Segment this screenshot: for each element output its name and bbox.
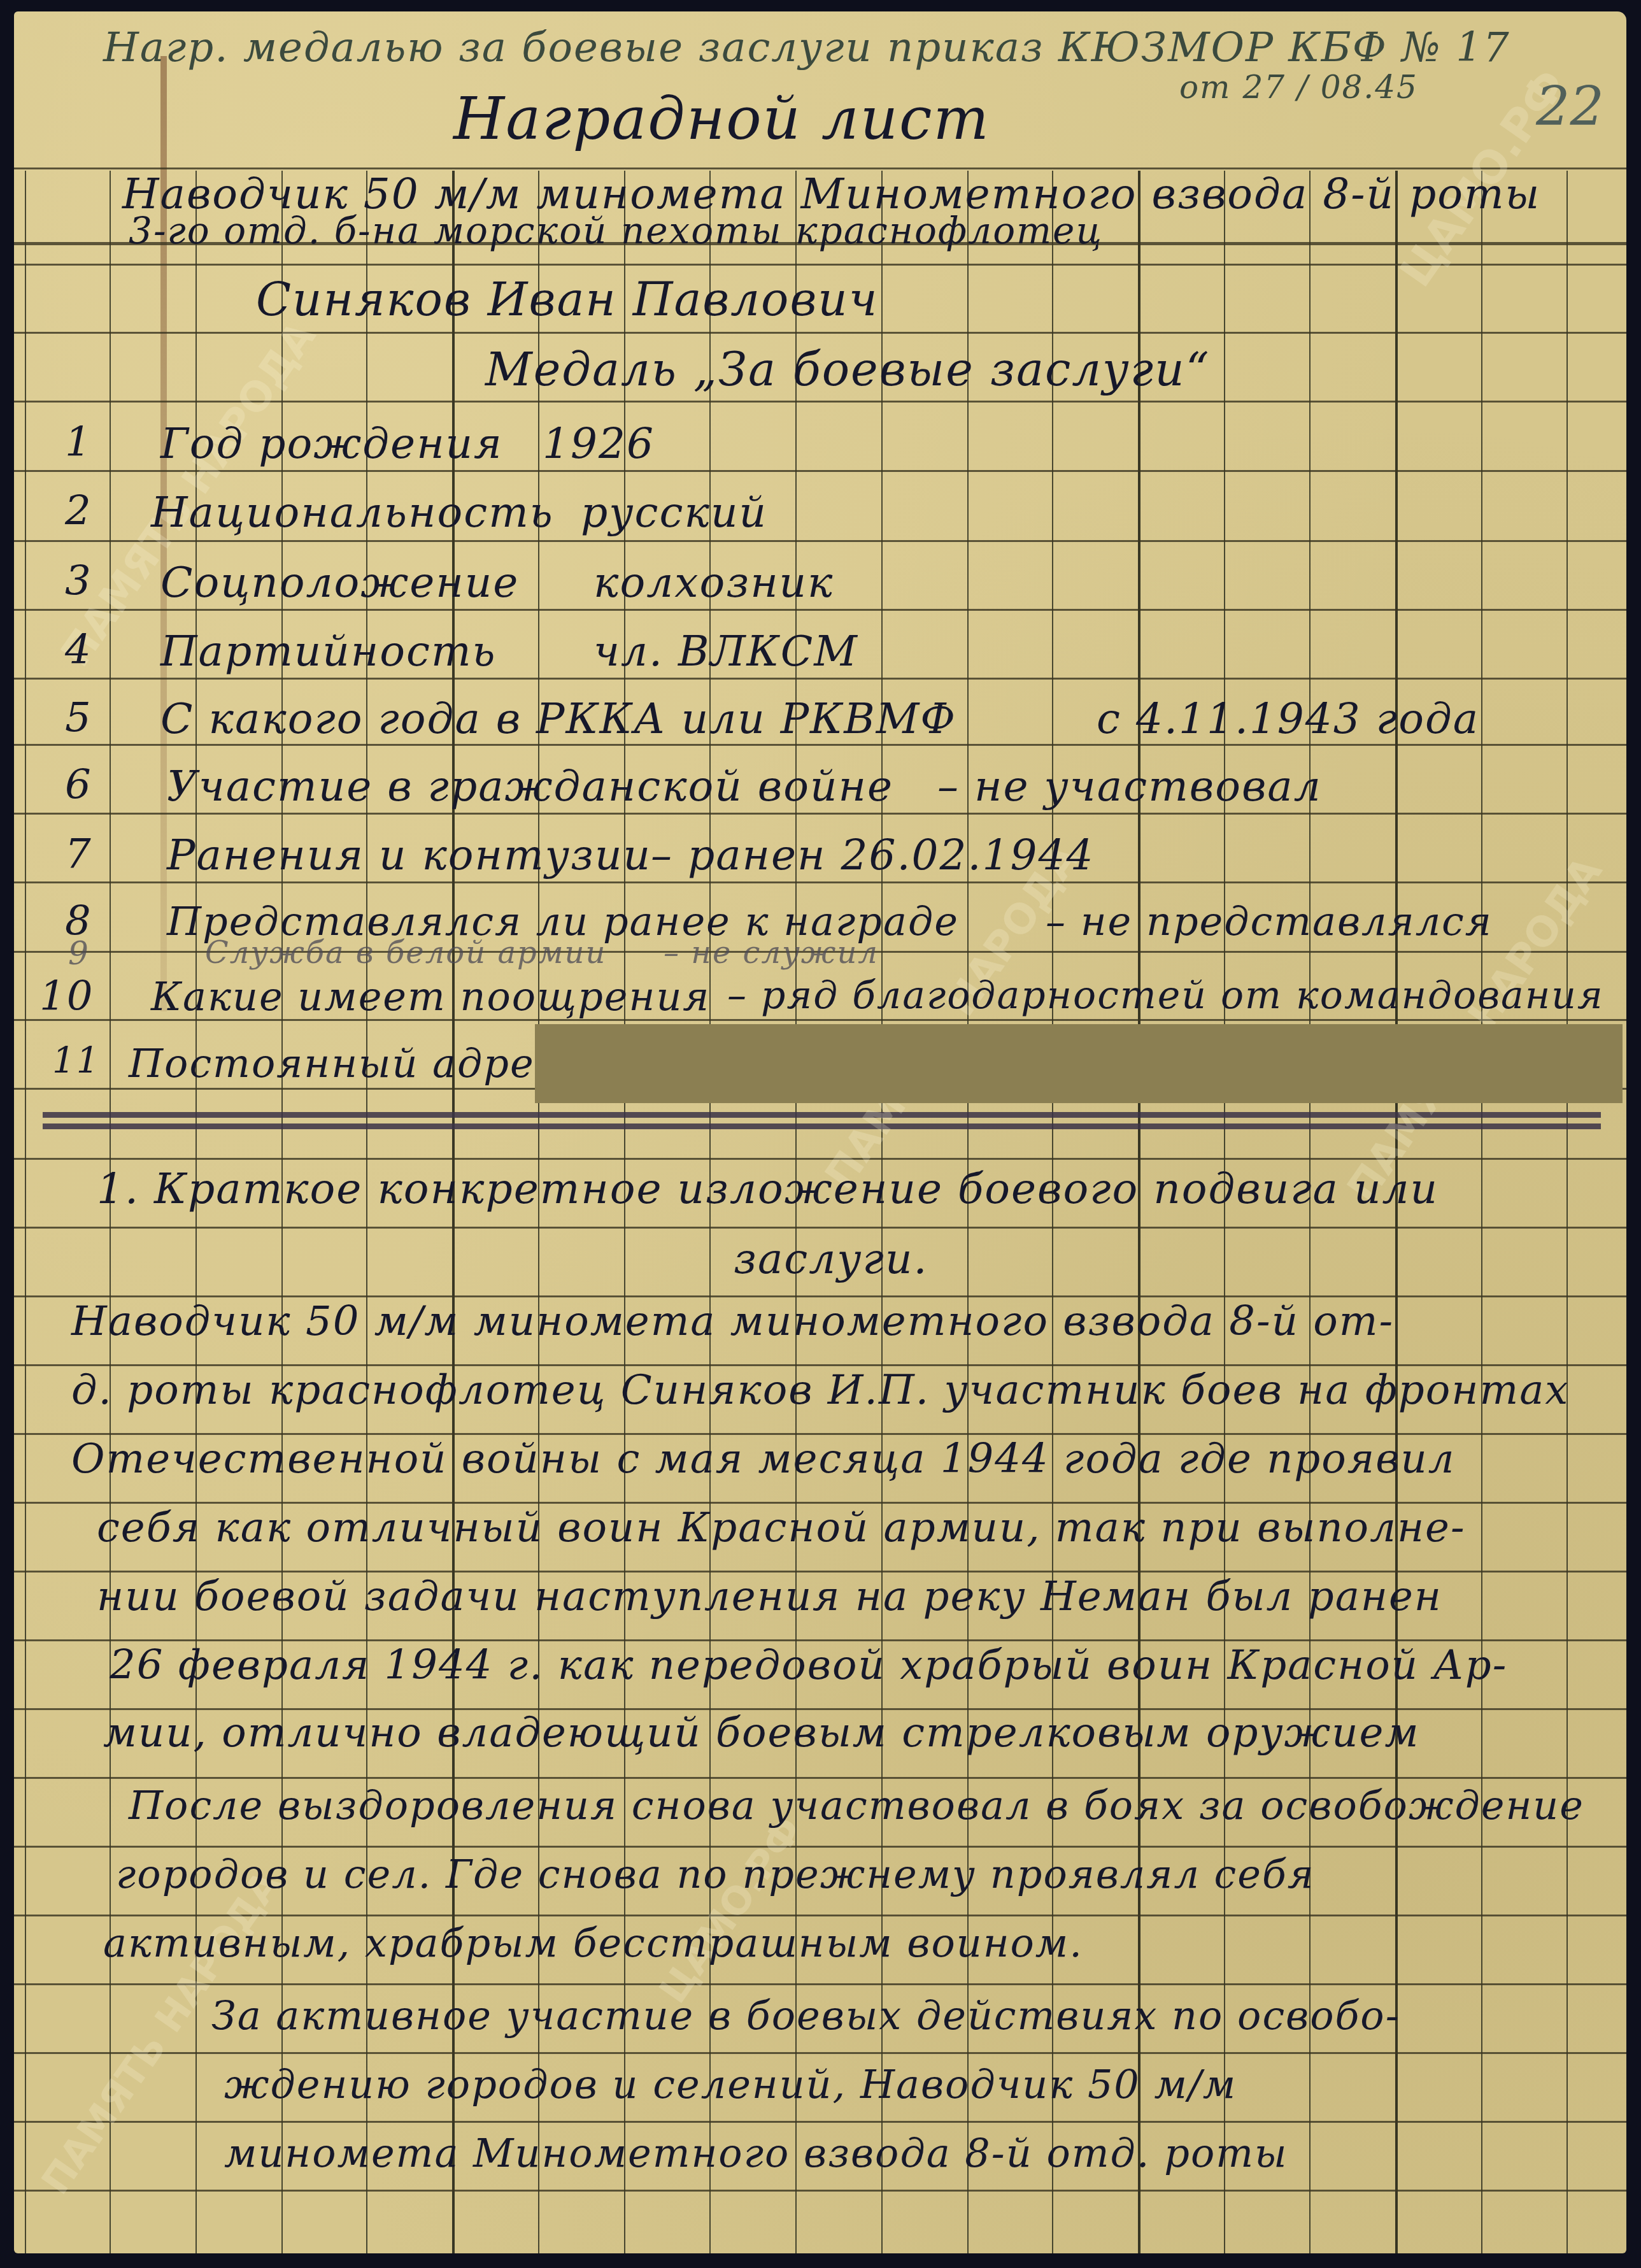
field-label: Какие имеет поощрения <box>151 973 710 1020</box>
recipient-name: Синяков Иван Павлович <box>256 273 879 326</box>
narrative-line: нии боевой задачи наступления на реку Не… <box>97 1573 1442 1620</box>
field-number: 5 <box>65 694 92 741</box>
field-value: – ранен 26.02.1944 <box>651 831 1094 880</box>
double-rule-top <box>43 1112 1601 1118</box>
field-value: 1926 <box>543 419 655 468</box>
ruled-line <box>14 1915 1626 1916</box>
ruled-line <box>14 881 1626 883</box>
grid-vline <box>25 171 26 2253</box>
field-label: С какого года в РККА или РКВМФ <box>160 694 956 743</box>
position-line-2: 3-го отд. б-на морской пехоты краснофлот… <box>129 209 1103 252</box>
field-number: 11 <box>52 1040 100 1081</box>
ruled-line <box>14 1983 1626 1985</box>
award-name: Медаль „За боевые заслуги“ <box>485 343 1210 396</box>
field-label: Служба в белой армии <box>205 935 606 971</box>
grid-vline <box>1481 171 1482 2253</box>
ruled-line <box>14 1846 1626 1848</box>
redacted-address <box>535 1024 1623 1103</box>
narrative-line: ждению городов и селений, Наводчик 50 м/… <box>224 2061 1237 2108</box>
ruled-line <box>14 1639 1626 1641</box>
section-heading-line-2: заслуги. <box>734 1234 928 1283</box>
watermark: ЦАМО.РФ <box>651 1809 811 2011</box>
ruled-line <box>14 264 1626 266</box>
section-heading-line-1: 1. Краткое конкретное изложение боевого … <box>97 1164 1439 1213</box>
field-label: Национальность <box>151 488 554 537</box>
field-value: – не участвовал <box>937 762 1322 811</box>
narrative-line: 26 февраля 1944 г. как передовой храбрый… <box>110 1642 1507 1689</box>
grid-vline <box>1566 171 1568 2253</box>
ruled-line <box>14 2052 1626 2054</box>
ruled-line <box>14 332 1626 334</box>
field-label: Год рождения <box>160 419 503 468</box>
narrative-line: Отечественной войны с мая месяца 1944 го… <box>71 1436 1455 1483</box>
ruled-line <box>14 1433 1626 1435</box>
field-value: русский <box>581 488 767 537</box>
field-label: Постоянный адрес <box>129 1040 558 1087</box>
field-label: Партийность <box>160 627 496 676</box>
field-label: Ранения и контузии <box>167 831 651 880</box>
field-label: Соцположение <box>160 558 519 607</box>
narrative-line: За активное участие в боевых действиях п… <box>211 1992 1400 2039</box>
narrative-line: городов и сел. Где снова по прежнему про… <box>116 1851 1315 1897</box>
narrative-line: д. роты краснофлотец Синяков И.П. участн… <box>71 1367 1569 1414</box>
field-number: 9 <box>68 935 90 972</box>
ruled-line <box>14 813 1626 815</box>
archive-page-number: 22 <box>1536 75 1604 138</box>
narrative-line: себя как отличный воин Красной армии, та… <box>97 1504 1466 1551</box>
ruled-line <box>14 609 1626 611</box>
document-title: Наградной лист <box>453 85 990 153</box>
ruled-line <box>14 2190 1626 2192</box>
ruled-line <box>14 1777 1626 1779</box>
ruled-line <box>14 470 1626 472</box>
field-value: с 4.11.1943 года <box>1097 694 1479 743</box>
ruled-line <box>14 1227 1626 1229</box>
ruled-line <box>14 2121 1626 2123</box>
award-order-date: от 27 / 08.45 <box>1179 69 1418 106</box>
ruled-line <box>14 1502 1626 1504</box>
field-number: 1 <box>65 419 92 466</box>
field-value: – не служил <box>664 935 879 971</box>
field-value: чл. ВЛКСМ <box>593 627 858 676</box>
ruled-line <box>14 540 1626 542</box>
field-number: 4 <box>65 627 92 674</box>
field-value: – ряд благодарностей от командования <box>727 973 1604 1018</box>
double-rule-bottom <box>43 1123 1601 1129</box>
ruled-line <box>14 1571 1626 1573</box>
field-number: 10 <box>39 973 94 1020</box>
narrative-line: активным, храбрым бесстрашным воином. <box>103 1920 1083 1966</box>
ruled-line <box>14 678 1626 680</box>
narrative-line: миномета Минометного взвода 8-й отд. рот… <box>224 2130 1288 2176</box>
narrative-line: мии, отлично владеющий боевым стрелковым… <box>103 1709 1419 1757</box>
field-value: колхозник <box>593 558 834 607</box>
narrative-line: Наводчик 50 м/м миномета минометного взв… <box>71 1298 1394 1345</box>
award-sheet-page: ЦАМО.РФ ПАМЯТЬ НАРОДА ПАМЯТЬ НАРОДА ПАМЯ… <box>14 11 1626 2253</box>
field-number: 3 <box>65 558 92 605</box>
field-number: 7 <box>65 831 92 878</box>
field-number: 2 <box>65 488 92 535</box>
narrative-line: После выздоровления снова участвовал в б… <box>129 1782 1584 1829</box>
ruled-line <box>14 401 1626 403</box>
ruled-line <box>14 1295 1626 1297</box>
ruled-line <box>14 744 1626 746</box>
field-number: 6 <box>65 762 92 809</box>
award-order-note: Нагр. медалью за боевые заслуги приказ К… <box>103 24 1510 71</box>
field-value: – не представлялся <box>1046 898 1493 945</box>
ruled-line <box>14 1158 1626 1160</box>
field-label: Участие в гражданской войне <box>167 762 893 811</box>
ruled-line <box>14 1364 1626 1366</box>
